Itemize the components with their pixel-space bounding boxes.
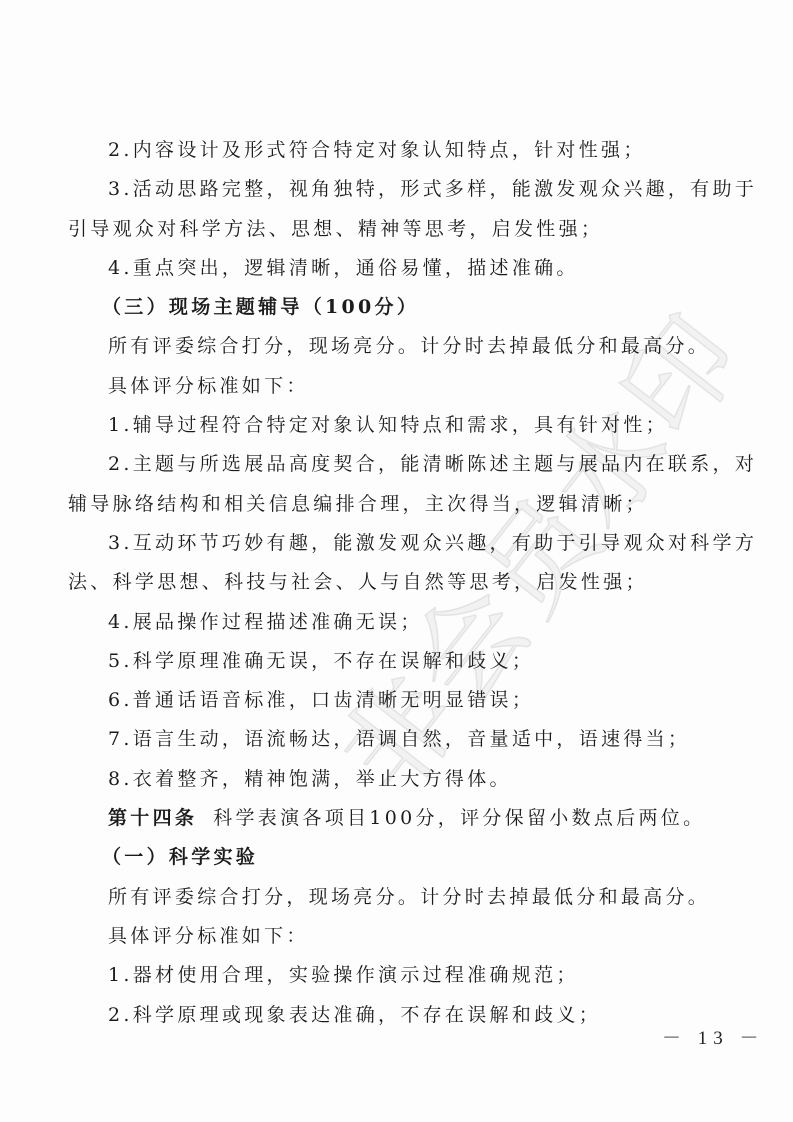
article-label: 第十四条 (108, 807, 197, 829)
criteria-intro-2: 具体评分标准如下： (68, 917, 728, 956)
criterion-guidance-process: 1.辅导过程符合特定对象认知特点和需求，具有针对性； (68, 406, 728, 445)
page-number: － 13 － (662, 1023, 765, 1050)
criterion-activity-approach: 3.活动思路完整，视角独特，形式多样，能激发观众兴趣，有助于 (68, 170, 728, 209)
section-heading-onsite-guidance: （三）现场主题辅导（100分） (68, 288, 728, 327)
criterion-interaction: 3.互动环节巧妙有趣，能激发观众兴趣，有助于引导观众对科学方 (68, 524, 728, 563)
scoring-rule-paragraph: 所有评委综合打分，现场亮分。计分时去掉最低分和最高分。 (68, 327, 728, 366)
article-fourteen: 第十四条科学表演各项目100分，评分保留小数点后两位。 (68, 799, 728, 838)
document-page: 非会员水印 2.内容设计及形式符合特定对象认知特点，针对性强； 3.活动思路完整… (0, 0, 793, 1122)
criterion-principle-expression: 2.科学原理或现象表达准确，不存在误解和歧义； (68, 996, 728, 1035)
document-body: 2.内容设计及形式符合特定对象认知特点，针对性强； 3.活动思路完整，视角独特，… (68, 131, 728, 1035)
criterion-theme-exhibit: 2.主题与所选展品高度契合，能清晰陈述主题与展品内在联系，对 (68, 445, 728, 484)
criterion-activity-approach-continued: 引导观众对科学方法、思想、精神等思考，启发性强； (68, 210, 728, 249)
section-heading-science-experiment: （一）科学实验 (68, 838, 728, 877)
criterion-mandarin: 6.普通话语音标准，口齿清晰无明显错误； (68, 681, 728, 720)
criteria-intro: 具体评分标准如下： (68, 367, 728, 406)
criterion-appearance: 8.衣着整齐，精神饱满，举止大方得体。 (68, 760, 728, 799)
criterion-equipment: 1.器材使用合理，实验操作演示过程准确规范； (68, 956, 728, 995)
criterion-content-design: 2.内容设计及形式符合特定对象认知特点，针对性强； (68, 131, 728, 170)
criterion-scientific-principle: 5.科学原理准确无误，不存在误解和歧义； (68, 642, 728, 681)
criterion-theme-exhibit-continued: 辅导脉络结构和相关信息编排合理，主次得当，逻辑清晰； (68, 485, 728, 524)
article-text: 科学表演各项目100分，评分保留小数点后两位。 (213, 807, 705, 829)
criterion-focus-logic: 4.重点突出，逻辑清晰，通俗易懂，描述准确。 (68, 249, 728, 288)
scoring-rule-paragraph-2: 所有评委综合打分，现场亮分。计分时去掉最低分和最高分。 (68, 878, 728, 917)
criterion-language: 7.语言生动，语流畅达，语调自然，音量适中，语速得当； (68, 720, 728, 759)
criterion-exhibit-operation: 4.展品操作过程描述准确无误； (68, 603, 728, 642)
criterion-interaction-continued: 法、科学思想、科技与社会、人与自然等思考，启发性强； (68, 563, 728, 602)
